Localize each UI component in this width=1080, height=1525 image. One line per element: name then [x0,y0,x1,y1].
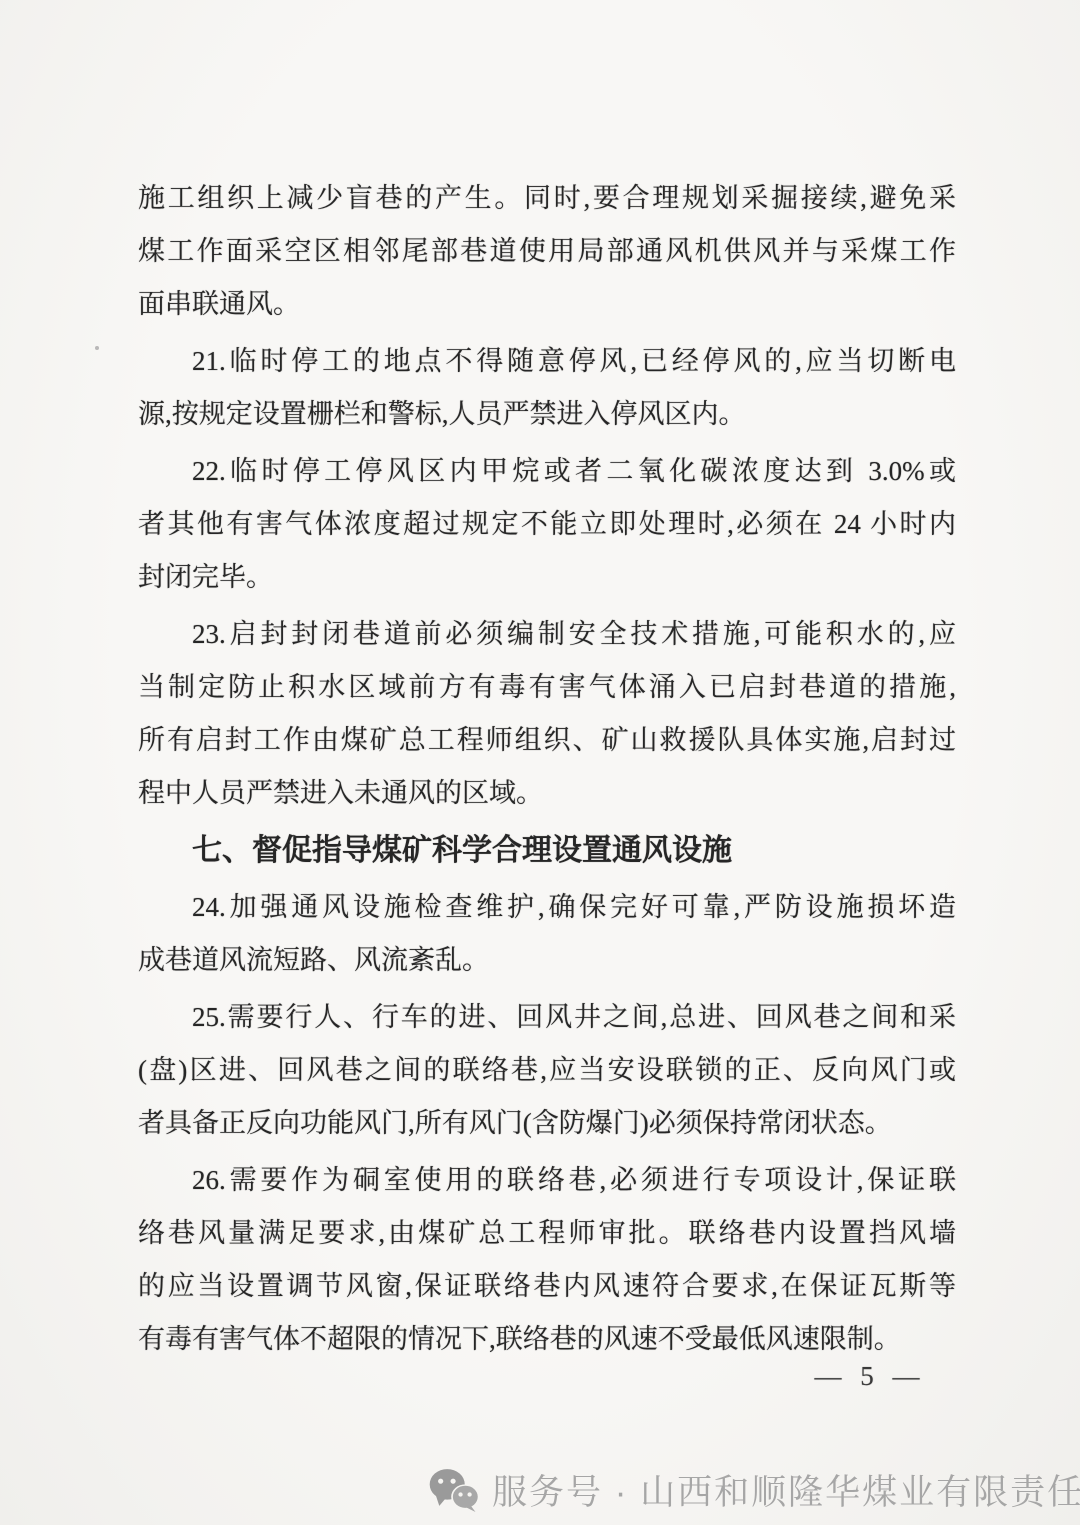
wechat-footer: 服务号 · 山西和顺隆华煤业有限责任公司 [428,1462,1080,1518]
body-line: 21.临时停工的地点不得随意停风,已经停风的,应当切断电 [138,335,956,388]
body-line: 24.加强通风设施检查维护,确保完好可靠,严防设施损坏造 [138,881,956,934]
body-line: 者其他有害气体浓度超过规定不能立即处理时,必须在 24 小时内 [138,498,956,551]
body-line: 所有启封工作由煤矿总工程师组织、矿山救援队具体实施,启封过 [138,714,956,767]
body-line: 封闭完毕。 [138,551,956,604]
body-line: 26.需要作为硐室使用的联络巷,必须进行专项设计,保证联 [138,1154,956,1207]
page-number: — 5 — [790,1356,950,1396]
body-line: 23.启封封闭巷道前必须编制安全技术措施,可能积水的,应 [138,608,956,661]
body-line: 面串联通风。 [138,278,956,331]
document-page: 施工组织上减少盲巷的产生。同时,要合理规划采掘接续,避免采煤工作面采空区相邻尾部… [0,0,1080,1525]
body-line: (盘)区进、回风巷之间的联络巷,应当安设联锁的正、反向风门或 [138,1044,956,1097]
wechat-icon [428,1467,480,1513]
body-line: 源,按规定设置栅栏和警标,人员严禁进入停风区内。 [138,388,956,441]
footer-account-label: 服务号 · 山西和顺隆华煤业有限责任公司 [492,1465,1080,1515]
body-line: 当制定防止积水区域前方有毒有害气体涌入已启封巷道的措施, [138,661,956,714]
body-line: 程中人员严禁进入未通风的区域。 [138,767,956,820]
document-body: 施工组织上减少盲巷的产生。同时,要合理规划采掘接续,避免采煤工作面采空区相邻尾部… [138,172,956,1366]
body-line: 22.临时停工停风区内甲烷或者二氧化碳浓度达到 3.0%或 [138,445,956,498]
body-line: 者具备正反向功能风门,所有风门(含防爆门)必须保持常闭状态。 [138,1097,956,1150]
body-line: 25.需要行人、行车的进、回风井之间,总进、回风巷之间和采 [138,991,956,1044]
section-heading: 七、督促指导煤矿科学合理设置通风设施 [138,824,956,877]
body-line: 络巷风量满足要求,由煤矿总工程师审批。联络巷内设置挡风墙 [138,1207,956,1260]
body-line: 的应当设置调节风窗,保证联络巷内风速符合要求,在保证瓦斯等 [138,1260,956,1313]
body-line: 施工组织上减少盲巷的产生。同时,要合理规划采掘接续,避免采 [138,172,956,225]
scan-speck [95,346,99,350]
body-line: 煤工作面采空区相邻尾部巷道使用局部通风机供风并与采煤工作 [138,225,956,278]
body-line: 成巷道风流短路、风流紊乱。 [138,934,956,987]
